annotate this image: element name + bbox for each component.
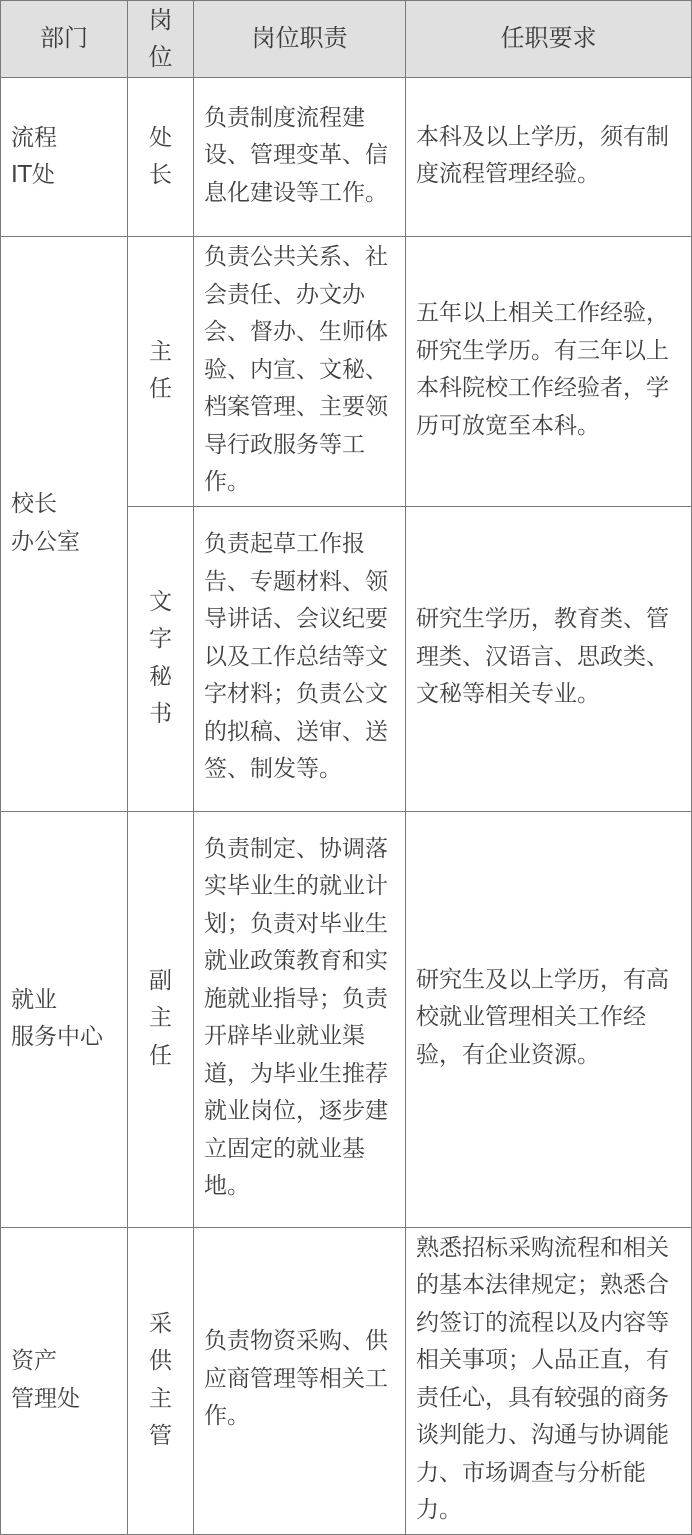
dept-line: IT处 [11,157,123,195]
header-row: 部门 岗 位 岗位职责 任职要求 [1,1,692,78]
post-cell: 处 长 [128,78,194,237]
dept-cell: 就业 服务中心 [1,811,128,1227]
header-dept: 部门 [1,1,128,78]
post-char: 副 [128,963,193,1001]
post-char: 任 [128,371,193,409]
header-req: 任职要求 [406,1,692,78]
dept-cell: 校长 办公室 [1,237,128,812]
table-row: 资产 管理处 采 供 主 管 负责物资采购、供应商管理等相关工作。 熟悉招标采购… [1,1227,692,1533]
dept-line: 流程 [11,120,123,158]
requirement-cell: 本科及以上学历，须有制度流程管理经验。 [406,78,692,237]
table-header: 部门 岗 位 岗位职责 任职要求 [1,1,692,78]
post-cell: 文 字 秘 书 [128,506,194,811]
header-post-char: 岗 [128,2,193,40]
post-char: 采 [128,1306,193,1344]
header-post: 岗 位 [128,1,194,78]
post-char: 书 [128,696,193,734]
post-char: 主 [128,1000,193,1038]
dept-line: 办公室 [11,524,123,562]
job-requirements-table: 部门 岗 位 岗位职责 任职要求 流程 IT处 处 长 负责制度流程建设、管理变… [0,0,692,1533]
dept-line: 就业 [11,982,123,1020]
post-cell: 采 供 主 管 [128,1227,194,1533]
duty-cell: 负责起草工作报告、专题材料、领导讲话、会议纪要以及工作总结等文字材料；负责公文的… [194,506,406,811]
duty-cell: 负责公共关系、社会责任、办文办会、督办、生师体验、内宣、文秘、档案管理、主要领导… [194,237,406,507]
header-duty: 岗位职责 [194,1,406,78]
table-row: 就业 服务中心 副 主 任 负责制定、协调落实毕业生的就业计划；负责对毕业生就业… [1,811,692,1227]
post-char: 任 [128,1038,193,1076]
post-char: 管 [128,1418,193,1456]
post-char: 秘 [128,659,193,697]
header-post-char: 位 [128,39,193,77]
dept-cell: 流程 IT处 [1,78,128,237]
dept-line: 服务中心 [11,1019,123,1057]
post-char: 文 [128,584,193,622]
post-char: 主 [128,334,193,372]
post-char: 供 [128,1343,193,1381]
post-char: 长 [128,157,193,195]
dept-line: 资产 [11,1343,123,1381]
duty-cell: 负责制度流程建设、管理变革、信息化建设等工作。 [194,78,406,237]
requirement-cell: 研究生学历，教育类、管理类、汉语言、思政类、文秘等相关专业。 [406,506,692,811]
post-char: 处 [128,120,193,158]
dept-line: 管理处 [11,1381,123,1419]
requirement-cell: 研究生及以上学历，有高校就业管理相关工作经验，有企业资源。 [406,811,692,1227]
post-char: 主 [128,1381,193,1419]
duty-cell: 负责制定、协调落实毕业生的就业计划；负责对毕业生就业政策教育和实施就业指导；负责… [194,811,406,1227]
dept-line: 校长 [11,486,123,524]
requirement-cell: 五年以上相关工作经验，研究生学历。有三年以上本科院校工作经验者，学历可放宽至本科… [406,237,692,507]
post-cell: 主 任 [128,237,194,507]
dept-cell: 资产 管理处 [1,1227,128,1533]
post-cell: 副 主 任 [128,811,194,1227]
post-char: 字 [128,621,193,659]
table-row: 校长 办公室 主 任 负责公共关系、社会责任、办文办会、督办、生师体验、内宣、文… [1,237,692,507]
table-row: 流程 IT处 处 长 负责制度流程建设、管理变革、信息化建设等工作。 本科及以上… [1,78,692,237]
duty-cell: 负责物资采购、供应商管理等相关工作。 [194,1227,406,1533]
requirement-cell: 熟悉招标采购流程和相关的基本法律规定；熟悉合约签订的流程以及内容等相关事项；人品… [406,1227,692,1533]
